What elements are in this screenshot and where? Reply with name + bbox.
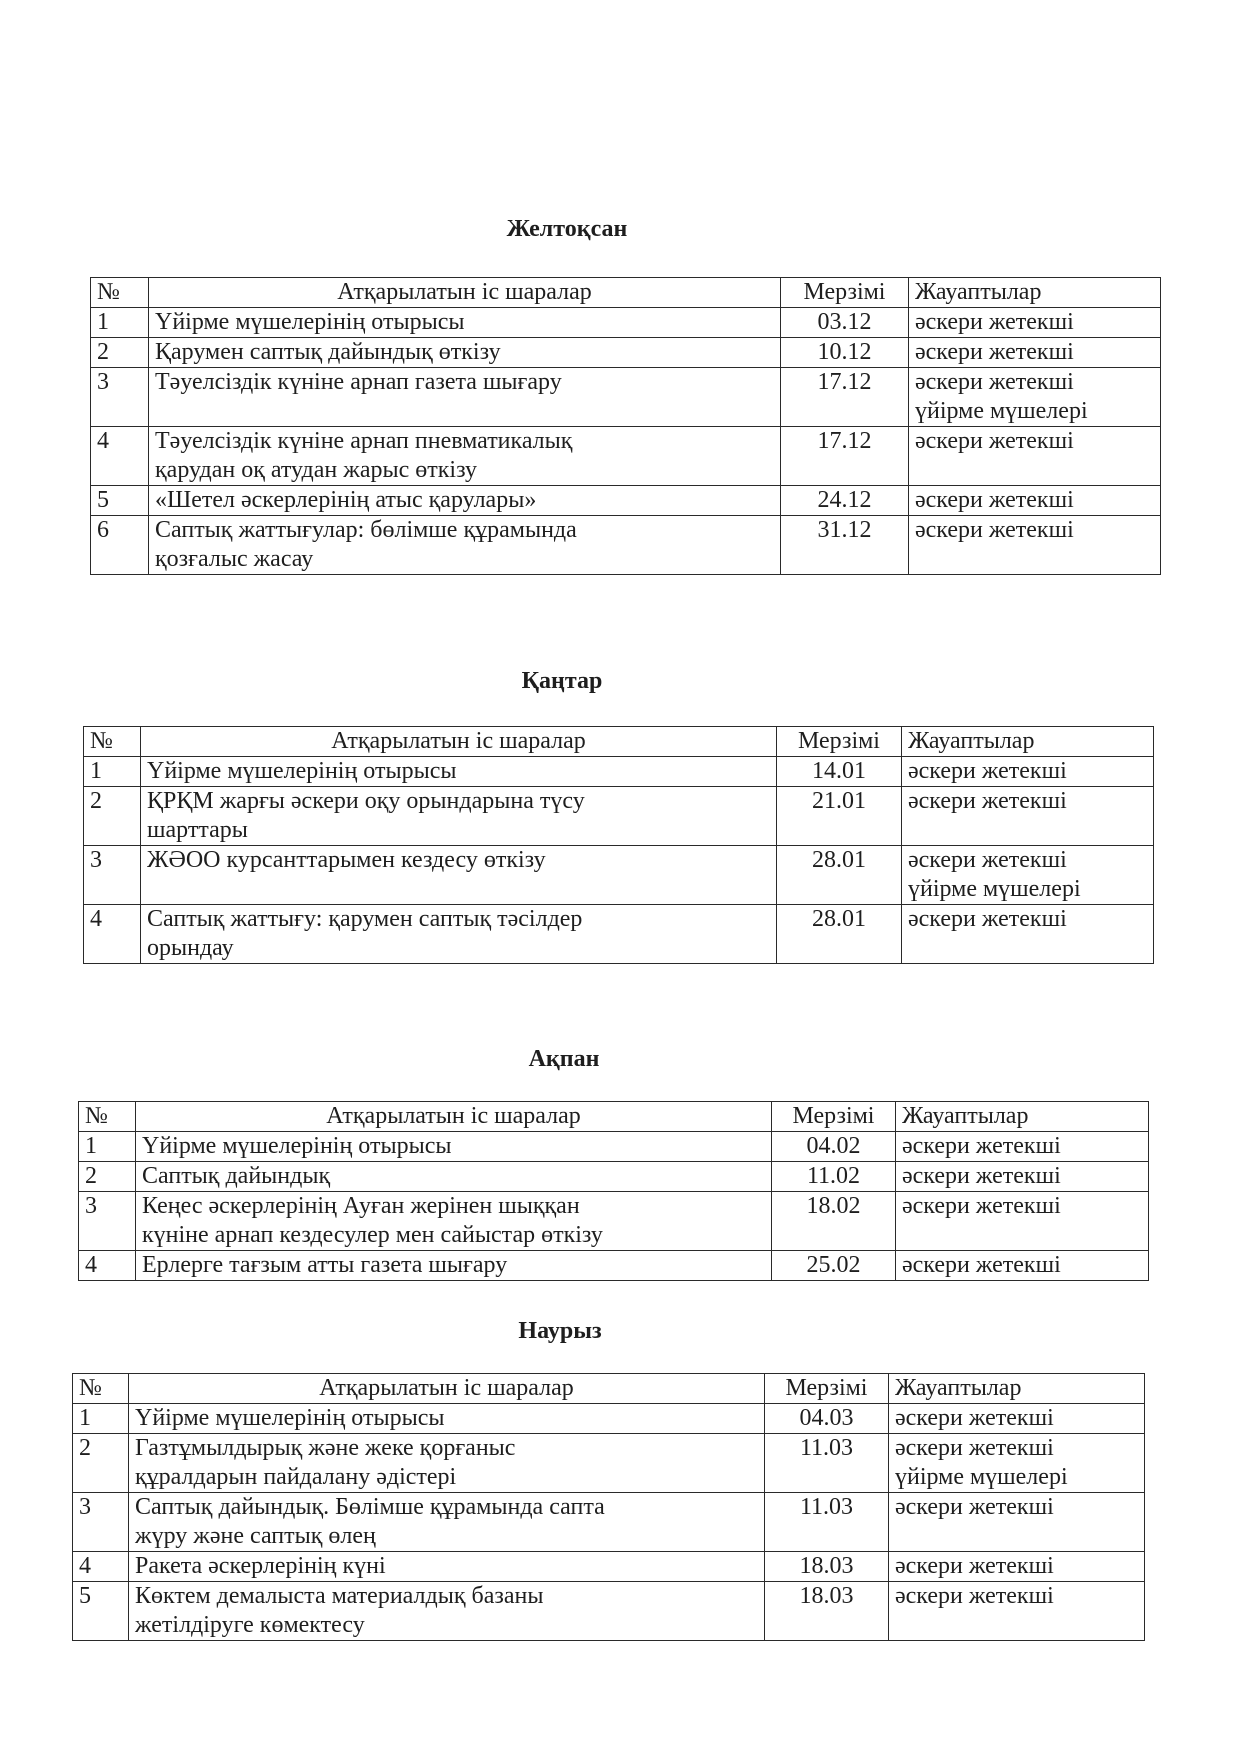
row-number: 5 — [73, 1582, 129, 1641]
row-number: 6 — [91, 516, 149, 575]
date-cell: 10.12 — [781, 338, 909, 368]
table-february: №Атқарылатын іс шараларМерзіміЖауаптылар… — [78, 1101, 1149, 1281]
table-row: 1Үйірме мүшелерінің отырысы14.01әскери ж… — [84, 757, 1154, 787]
activity-line: Ерлерге тағзым атты газета шығару — [142, 1251, 765, 1280]
activity-line: орындау — [147, 934, 770, 963]
responsible-line: әскери жетекші — [895, 1404, 1138, 1433]
date-cell: 28.01 — [777, 846, 902, 905]
activity-line: Үйірме мүшелерінің отырысы — [142, 1132, 765, 1161]
responsible-line: әскери жетекші — [915, 486, 1154, 515]
table-row: 1Үйірме мүшелерінің отырысы04.03әскери ж… — [73, 1404, 1145, 1434]
date-cell: 11.03 — [765, 1493, 889, 1552]
activity-line: Үйірме мүшелерінің отырысы — [155, 308, 774, 337]
row-number: 2 — [73, 1434, 129, 1493]
date-cell: 18.03 — [765, 1582, 889, 1641]
responsible-line: әскери жетекші — [915, 308, 1154, 337]
responsible-line: әскери жетекші — [902, 1251, 1142, 1280]
responsible-cell: әскери жетекші — [896, 1251, 1149, 1281]
responsible-line: әскери жетекші — [895, 1582, 1138, 1611]
activity-line: ЖӘОО курсанттарымен кездесу өткізу — [147, 846, 770, 875]
date-cell: 18.03 — [765, 1552, 889, 1582]
responsible-line: әскери жетекші — [908, 846, 1147, 875]
date-cell: 04.03 — [765, 1404, 889, 1434]
date-cell: 21.01 — [777, 787, 902, 846]
table-row: 1 Үйірме мүшелерінің отырысы04.02әскери … — [79, 1132, 1149, 1162]
month-title-january: Қаңтар — [412, 668, 712, 695]
row-number: 4 — [91, 427, 149, 486]
row-number: 5 — [91, 486, 149, 516]
activity-line: Кеңес әскерлерінің Ауған жерінен шыққан — [142, 1192, 765, 1221]
header-num: № — [79, 1102, 136, 1132]
date-cell: 28.01 — [777, 905, 902, 964]
activity-line: қарудан оқ атудан жарыс өткізу — [155, 456, 774, 485]
responsible-cell: әскери жетекші — [889, 1404, 1145, 1434]
activity-line: қозғалыс жасау — [155, 545, 774, 574]
activity-line: Тәуелсіздік күніне арнап газета шығару — [155, 368, 774, 397]
date-cell: 04.02 — [772, 1132, 896, 1162]
header-activity: Атқарылатын іс шаралар — [129, 1374, 765, 1404]
table-row: 5«Шетел әскерлерінің атыс қарулары»24.12… — [91, 486, 1161, 516]
date-cell: 31.12 — [781, 516, 909, 575]
date-cell: 25.02 — [772, 1251, 896, 1281]
row-number: 2 — [84, 787, 141, 846]
responsible-line: әскери жетекші — [902, 1132, 1142, 1161]
responsible-cell: әскери жетекші — [889, 1582, 1145, 1641]
responsible-line: әскери жетекші — [895, 1552, 1138, 1581]
activity-cell: Тәуелсіздік күніне арнап пневматикалыққа… — [149, 427, 781, 486]
date-cell: 11.03 — [765, 1434, 889, 1493]
table-row: 2Газтұмылдырық және жеке қорғанысқұралда… — [73, 1434, 1145, 1493]
date-cell: 11.02 — [772, 1162, 896, 1192]
activity-cell: «Шетел әскерлерінің атыс қарулары» — [149, 486, 781, 516]
table-row: 3Кеңес әскерлерінің Ауған жерінен шыққан… — [79, 1192, 1149, 1251]
activity-cell: ЖӘОО курсанттарымен кездесу өткізу — [141, 846, 777, 905]
responsible-line: әскери жетекші — [895, 1434, 1138, 1463]
activity-line: Ракета әскерлерінің күні — [135, 1552, 758, 1581]
activity-line: жүру және саптық өлең — [135, 1522, 758, 1551]
row-number: 3 — [91, 368, 149, 427]
responsible-cell: әскери жетекші — [902, 757, 1154, 787]
responsible-line: әскери жетекші — [908, 757, 1147, 786]
date-cell: 14.01 — [777, 757, 902, 787]
activity-line: Саптық дайындық — [142, 1162, 765, 1191]
responsible-line: әскери жетекші — [915, 516, 1154, 545]
activity-line: Саптық жаттығу: қарумен саптық тәсілдер — [147, 905, 770, 934]
activity-line: Тәуелсіздік күніне арнап пневматикалық — [155, 427, 774, 456]
responsible-cell: әскери жетекші — [889, 1552, 1145, 1582]
month-title-december: Желтоқсан — [417, 216, 717, 243]
activity-line: құралдарын пайдалану әдістері — [135, 1463, 758, 1492]
header-responsible: Жауаптылар — [902, 727, 1154, 757]
activity-cell: Саптық дайындық. Бөлімше құрамында сапта… — [129, 1493, 765, 1552]
header-num: № — [91, 278, 149, 308]
row-number: 1 — [79, 1132, 136, 1162]
row-number: 4 — [79, 1251, 136, 1281]
activity-cell: Газтұмылдырық және жеке қорғанысқұралдар… — [129, 1434, 765, 1493]
header-date: Мерзімі — [772, 1102, 896, 1132]
responsible-cell: әскери жетекші — [909, 486, 1161, 516]
activity-cell: Қарумен саптық дайындық өткізу — [149, 338, 781, 368]
responsible-cell: әскери жетекші — [909, 338, 1161, 368]
header-responsible: Жауаптылар — [909, 278, 1161, 308]
responsible-line: үйірме мүшелері — [895, 1463, 1138, 1492]
header-num: № — [73, 1374, 129, 1404]
activity-line: Саптық дайындық. Бөлімше құрамында сапта — [135, 1493, 758, 1522]
header-activity: Атқарылатын іс шаралар — [136, 1102, 772, 1132]
activity-cell: Үйірме мүшелерінің отырысы — [141, 757, 777, 787]
row-number: 1 — [84, 757, 141, 787]
header-responsible: Жауаптылар — [889, 1374, 1145, 1404]
table-row: 1Үйірме мүшелерінің отырысы03.12әскери ж… — [91, 308, 1161, 338]
date-cell: 24.12 — [781, 486, 909, 516]
table-row: 4Саптық жаттығу: қарумен саптық тәсілдер… — [84, 905, 1154, 964]
responsible-line: үйірме мүшелері — [915, 397, 1154, 426]
activity-line: Үйірме мүшелерінің отырысы — [147, 757, 770, 786]
responsible-cell: әскери жетекші — [909, 427, 1161, 486]
activity-line: Үйірме мүшелерінің отырысы — [135, 1404, 758, 1433]
row-number: 3 — [73, 1493, 129, 1552]
responsible-line: әскери жетекші — [915, 427, 1154, 456]
activity-line: жетілдіруге көмектесу — [135, 1611, 758, 1640]
table-row: 6Саптық жаттығулар: бөлімше құрамындақоз… — [91, 516, 1161, 575]
row-number: 3 — [79, 1192, 136, 1251]
table-header-row: №Атқарылатын іс шараларМерзіміЖауаптылар — [79, 1102, 1149, 1132]
table-row: 2Қарумен саптық дайындық өткізу10.12әске… — [91, 338, 1161, 368]
responsible-line: әскери жетекші — [908, 905, 1147, 934]
responsible-cell: әскери жетекші — [896, 1162, 1149, 1192]
table-january: №Атқарылатын іс шараларМерзіміЖауаптылар… — [83, 726, 1154, 964]
row-number: 1 — [91, 308, 149, 338]
row-number: 1 — [73, 1404, 129, 1434]
activity-line: Саптық жаттығулар: бөлімше құрамында — [155, 516, 774, 545]
document-page: Желтоқсан №Атқарылатын іс шараларМерзімі… — [0, 0, 1239, 1752]
table-row: 5Көктем демалыста материалдық базаныжеті… — [73, 1582, 1145, 1641]
responsible-cell: әскери жетекші — [909, 308, 1161, 338]
responsible-cell: әскери жетекші — [896, 1132, 1149, 1162]
activity-cell: Тәуелсіздік күніне арнап газета шығару — [149, 368, 781, 427]
table-row: 3Тәуелсіздік күніне арнап газета шығару1… — [91, 368, 1161, 427]
activity-cell: Саптық дайындық — [136, 1162, 772, 1192]
activity-line: шарттары — [147, 816, 770, 845]
responsible-cell: әскери жетекшіүйірме мүшелері — [909, 368, 1161, 427]
responsible-line: әскери жетекші — [902, 1192, 1142, 1221]
date-cell: 18.02 — [772, 1192, 896, 1251]
month-title-march: Наурыз — [410, 1318, 710, 1345]
header-responsible: Жауаптылар — [896, 1102, 1149, 1132]
table-header-row: №Атқарылатын іс шараларМерзіміЖауаптылар — [73, 1374, 1145, 1404]
row-number: 2 — [91, 338, 149, 368]
activity-line: Қарумен саптық дайындық өткізу — [155, 338, 774, 367]
responsible-cell: әскери жетекші — [896, 1192, 1149, 1251]
activity-line: ҚРҚМ жарғы әскери оқу орындарына түсу — [147, 787, 770, 816]
row-number: 2 — [79, 1162, 136, 1192]
activity-cell: Үйірме мүшелерінің отырысы — [136, 1132, 772, 1162]
header-activity: Атқарылатын іс шаралар — [141, 727, 777, 757]
responsible-cell: әскери жетекші — [902, 787, 1154, 846]
month-title-february: Ақпан — [414, 1046, 714, 1073]
date-cell: 17.12 — [781, 427, 909, 486]
responsible-cell: әскери жетекшіүйірме мүшелері — [902, 846, 1154, 905]
table-december: №Атқарылатын іс шараларМерзіміЖауаптылар… — [90, 277, 1161, 575]
date-cell: 03.12 — [781, 308, 909, 338]
table-row: 4Ракета әскерлерінің күні18.03әскери жет… — [73, 1552, 1145, 1582]
table-header-row: №Атқарылатын іс шараларМерзіміЖауаптылар — [84, 727, 1154, 757]
responsible-line: әскери жетекші — [902, 1162, 1142, 1191]
activity-cell: Үйірме мүшелерінің отырысы — [129, 1404, 765, 1434]
activity-cell: ҚРҚМ жарғы әскери оқу орындарына түсушар… — [141, 787, 777, 846]
responsible-line: әскери жетекші — [915, 338, 1154, 367]
table-row: 4Тәуелсіздік күніне арнап пневматикалыққ… — [91, 427, 1161, 486]
activity-line: Газтұмылдырық және жеке қорғаныс — [135, 1434, 758, 1463]
row-number: 4 — [84, 905, 141, 964]
activity-cell: Ракета әскерлерінің күні — [129, 1552, 765, 1582]
activity-line: күніне арнап кездесулер мен сайыстар өтк… — [142, 1221, 765, 1250]
header-date: Мерзімі — [777, 727, 902, 757]
responsible-line: әскери жетекші — [895, 1493, 1138, 1522]
activity-cell: Үйірме мүшелерінің отырысы — [149, 308, 781, 338]
responsible-cell: әскери жетекші — [889, 1493, 1145, 1552]
responsible-line: әскери жетекші — [915, 368, 1154, 397]
table-row: 2ҚРҚМ жарғы әскери оқу орындарына түсуша… — [84, 787, 1154, 846]
header-date: Мерзімі — [781, 278, 909, 308]
responsible-cell: әскери жетекші — [902, 905, 1154, 964]
table-row: 3Саптық дайындық. Бөлімше құрамында сапт… — [73, 1493, 1145, 1552]
row-number: 3 — [84, 846, 141, 905]
header-date: Мерзімі — [765, 1374, 889, 1404]
header-num: № — [84, 727, 141, 757]
table-march: №Атқарылатын іс шараларМерзіміЖауаптылар… — [72, 1373, 1145, 1641]
responsible-line: үйірме мүшелері — [908, 875, 1147, 904]
responsible-cell: әскери жетекшіүйірме мүшелері — [889, 1434, 1145, 1493]
responsible-cell: әскери жетекші — [909, 516, 1161, 575]
row-number: 4 — [73, 1552, 129, 1582]
date-cell: 17.12 — [781, 368, 909, 427]
activity-cell: Кеңес әскерлерінің Ауған жерінен шыққанк… — [136, 1192, 772, 1251]
responsible-line: әскери жетекші — [908, 787, 1147, 816]
header-activity: Атқарылатын іс шаралар — [149, 278, 781, 308]
activity-cell: Ерлерге тағзым атты газета шығару — [136, 1251, 772, 1281]
activity-line: Көктем демалыста материалдық базаны — [135, 1582, 758, 1611]
table-row: 2Саптық дайындық11.02әскери жетекші — [79, 1162, 1149, 1192]
activity-cell: Саптық жаттығулар: бөлімше құрамындақозғ… — [149, 516, 781, 575]
activity-cell: Саптық жаттығу: қарумен саптық тәсілдеро… — [141, 905, 777, 964]
activity-cell: Көктем демалыста материалдық базаныжетіл… — [129, 1582, 765, 1641]
table-row: 4Ерлерге тағзым атты газета шығару25.02ә… — [79, 1251, 1149, 1281]
activity-line: «Шетел әскерлерінің атыс қарулары» — [155, 486, 774, 515]
table-header-row: №Атқарылатын іс шараларМерзіміЖауаптылар — [91, 278, 1161, 308]
table-row: 3ЖӘОО курсанттарымен кездесу өткізу28.01… — [84, 846, 1154, 905]
